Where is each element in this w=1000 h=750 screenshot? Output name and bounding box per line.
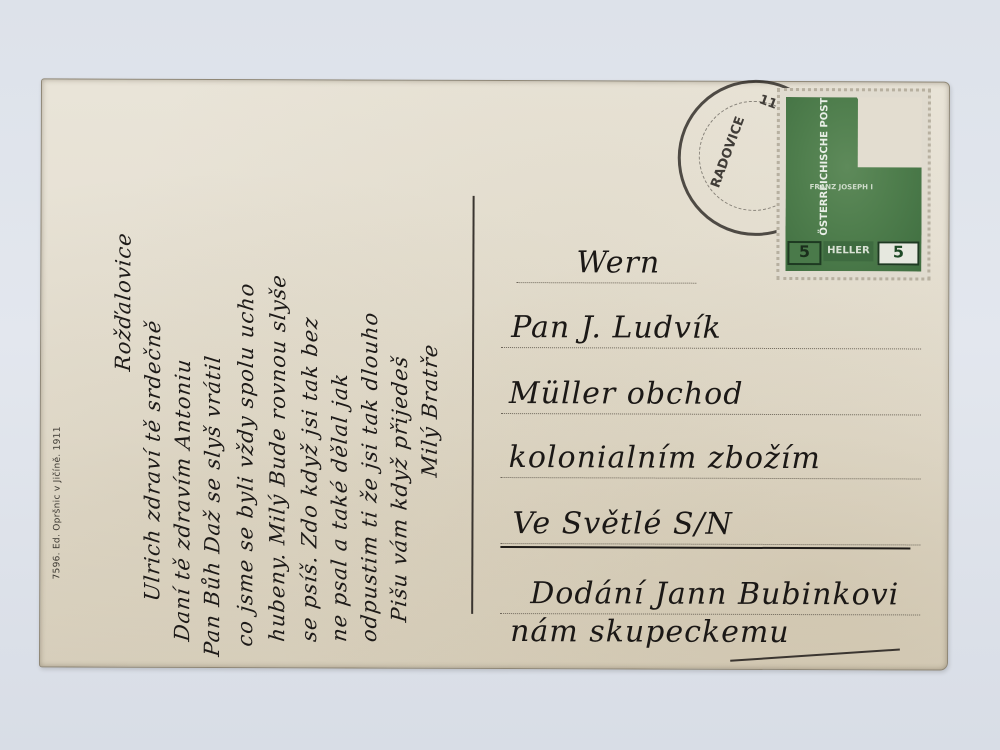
postcard: Milý Bratře Pišu vám když přijedeš odpus… (39, 78, 950, 670)
message-line: co jsme se byli vždy spolu ucho (233, 281, 258, 647)
message-line: odpustim ti že jsi tak dlouho (357, 310, 382, 643)
address-line-last: nám skupeckemu (500, 611, 920, 652)
address-line: Wern (516, 238, 696, 284)
stamp-caption: FRANZ JOSEPH I (810, 183, 873, 191)
message-line: Milý Bratře (418, 342, 442, 478)
message-line: Pan Bůh Daž se slyš vrátil (200, 354, 225, 658)
stamp-value-left: 5 (787, 241, 821, 265)
stamp-torn-corner (858, 97, 922, 167)
address-line: Pan J. Ludvík (501, 303, 921, 349)
address-recipient: Pan J. Ludvík (511, 310, 722, 346)
message-line: se psíš. Zdo když jsi tak bez (297, 315, 322, 643)
address-recipient-business: Müller obchod (509, 376, 744, 412)
message-area: Milý Bratře Pišu vám když přijedeš odpus… (40, 79, 482, 668)
printer-imprint: 7596. Ed. Opršnic v Jičíně. 1911 (52, 426, 63, 579)
stamp-value-right: 5 (877, 241, 919, 265)
address-line: kolonialním zbožím (501, 433, 921, 479)
address-line: Müller obchod (501, 369, 921, 415)
stamp-unit: HELLER (823, 241, 873, 261)
message-line: Rožďalovice (111, 231, 135, 372)
message-line: Pišu vám když přijedeš (387, 354, 412, 623)
message-line: Daní tě zdravím Antoniu (170, 357, 195, 642)
address-town: Ve Světlé S/N (512, 506, 732, 542)
address-business-type: kolonialním zbožím (509, 440, 821, 476)
stamp-country-text: ÖSTERREICHISCHE POST (819, 98, 830, 236)
message-line: ne psal a také dělal jak (327, 371, 352, 643)
address-delivery-note-2: nám skupeckemu (510, 614, 790, 650)
message-line: Ulrich zdraví tě srdečně (140, 318, 165, 602)
town-underline (500, 546, 910, 549)
postage-stamp: ÖSTERREICHISCHE POST FRANZ JOSEPH I 5 HE… (776, 88, 931, 281)
address-line: Ve Světlé S/N (500, 499, 920, 545)
message-line: hubeny. Milý Bude rovnou slyše (265, 273, 290, 643)
address-line: Dodání Jann Bubinkovi (500, 569, 920, 615)
address-salutation: Wern (576, 245, 660, 280)
address-delivery-note: Dodání Jann Bubinkovi (530, 576, 899, 612)
